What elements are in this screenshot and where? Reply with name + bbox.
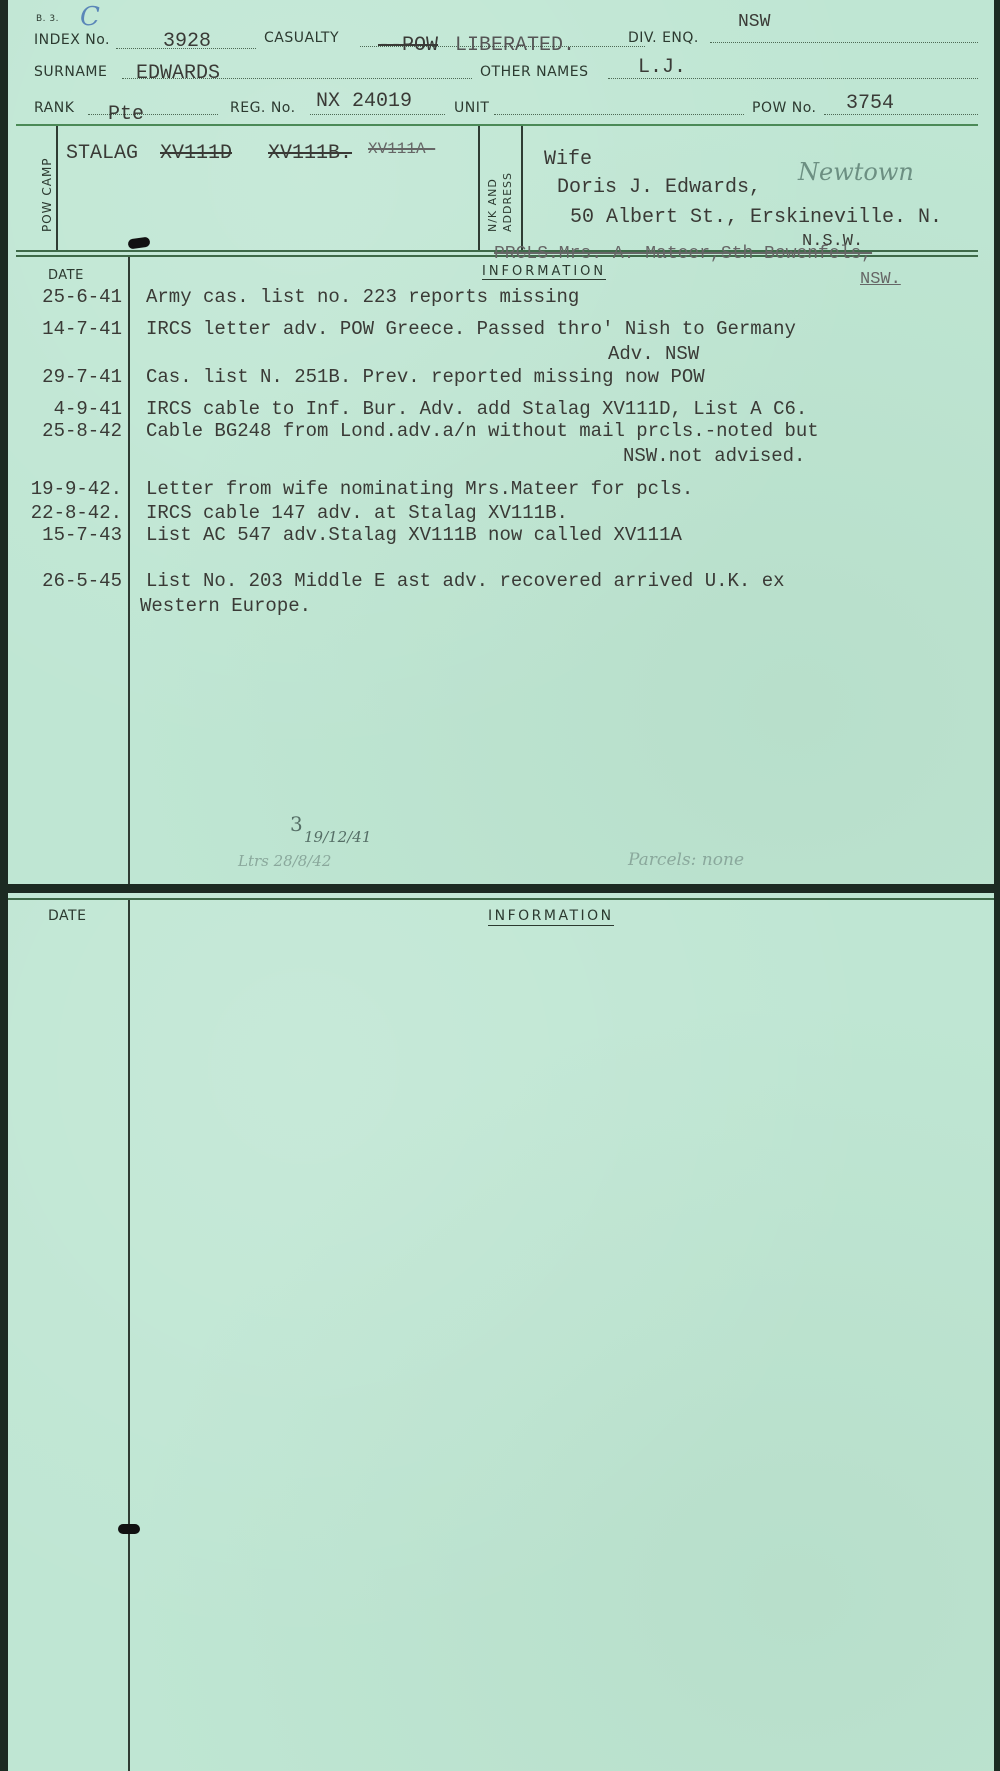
- log-column-divider: [128, 257, 130, 884]
- log-entry-text: Adv. NSW: [608, 343, 699, 365]
- log-entry-date: 22-8-42.: [2, 502, 122, 524]
- index-value: 3928: [163, 30, 211, 53]
- parcels-state: NSW.: [860, 270, 901, 289]
- surname-value: EDWARDS: [136, 62, 220, 85]
- back-top-border: [8, 890, 994, 893]
- handwritten-mark: C: [80, 2, 100, 32]
- log-entry-text: Army cas. list no. 223 reports missing: [146, 286, 579, 308]
- pow-camp-divider: [56, 126, 58, 250]
- log-entry-text: List AC 547 adv.Stalag XV111B now called…: [146, 524, 682, 546]
- pow-camp-label: POW CAMP: [40, 157, 54, 232]
- log-entry-text: Western Europe.: [140, 595, 311, 617]
- punch-hole: [127, 237, 150, 250]
- other-names-value: L.J.: [638, 56, 686, 79]
- note-3: Parcels: none: [628, 850, 744, 870]
- log-entry-date: 25-6-41: [2, 286, 122, 308]
- log-entry-date: 15-7-43: [2, 524, 122, 546]
- header-divider: [16, 124, 978, 126]
- card-back: DATE INFORMATION: [8, 890, 994, 1771]
- note-1-date: 19/12/41: [304, 828, 371, 846]
- back-date-header: DATE: [48, 908, 86, 924]
- unit-dots: [494, 114, 744, 115]
- rank-value: Pte: [108, 103, 144, 126]
- log-entry-text: IRCS letter adv. POW Greece. Passed thro…: [146, 318, 796, 340]
- log-entry-text: NSW.not advised.: [623, 445, 805, 467]
- casualty-value: LIBERATED.: [455, 34, 575, 57]
- casualty-label: CASUALTY: [264, 30, 339, 46]
- log-entry-text: Cas. list N. 251B. Prev. reported missin…: [146, 366, 705, 388]
- note-1-top: 3: [290, 812, 303, 836]
- form-code: B. 3.: [36, 14, 59, 24]
- note-2: Ltrs 28/8/42: [238, 852, 331, 870]
- div-enq-label: DIV. ENQ.: [628, 30, 699, 46]
- nk-name: Doris J. Edwards,: [557, 176, 761, 199]
- log-entry-date: 4-9-41: [2, 398, 122, 420]
- log-entry-date: 19-9-42.: [2, 478, 122, 500]
- log-entry-date: 29-7-41: [2, 366, 122, 388]
- back-column-divider: [128, 900, 130, 1771]
- nk-handwritten-suburb: Newtown: [798, 158, 914, 186]
- log-entry-text: IRCS cable to Inf. Bur. Adv. add Stalag …: [146, 398, 807, 420]
- back-top-rule: [8, 898, 994, 900]
- log-entry-date: 26-5-45: [2, 570, 122, 592]
- pow-no-value: 3754: [846, 92, 894, 115]
- pow-camp-entry-1: XV111D: [160, 142, 232, 165]
- log-entry-text: Cable BG248 from Lond.adv.a/n without ma…: [146, 420, 819, 442]
- nk-relation: Wife: [544, 148, 592, 171]
- pow-camp-entry-3: XV111A-: [368, 140, 435, 158]
- log-entry-date: 14-7-41: [2, 318, 122, 340]
- punch-hole-back: [118, 1524, 140, 1534]
- pow-no-label: POW No.: [752, 100, 817, 116]
- pow-camp-prefix: STALAG: [66, 142, 138, 165]
- div-enq-dots: [710, 42, 978, 43]
- nk-label-2: ADDRESS: [501, 172, 514, 232]
- card-front: C B. 3. INDEX No. 3928 CASUALTY --POW LI…: [8, 0, 994, 884]
- div-enq-value: NSW: [738, 12, 770, 32]
- surname-label: SURNAME: [34, 64, 107, 80]
- reg-no-label: REG. No.: [230, 100, 296, 116]
- reg-no-value: NX 24019: [316, 90, 412, 113]
- other-names-label: OTHER NAMES: [480, 64, 588, 80]
- nk-divider-right: [521, 126, 523, 250]
- parcels-struck: PRCLS.Mrs. A. Mateer,Sth Bowenfels,: [494, 244, 872, 264]
- rank-label: RANK: [34, 100, 74, 116]
- nk-divider-left: [478, 126, 480, 250]
- reg-no-dots: [310, 114, 445, 115]
- log-entry-text: List No. 203 Middle E ast adv. recovered…: [146, 570, 785, 592]
- back-info-header: INFORMATION: [488, 908, 614, 926]
- log-entry-text: Letter from wife nominating Mrs.Mateer f…: [146, 478, 693, 500]
- pow-camp-entry-2: XV111B.: [268, 142, 352, 165]
- index-label: INDEX No.: [34, 32, 110, 48]
- date-header: DATE: [48, 268, 84, 283]
- nk-label-1: N/K AND: [486, 178, 499, 232]
- log-entry-date: 25-8-42: [2, 420, 122, 442]
- casualty-struck: --POW: [378, 34, 438, 57]
- info-header: INFORMATION: [482, 264, 606, 280]
- log-entry-text: IRCS cable 147 adv. at Stalag XV111B.: [146, 502, 568, 524]
- nk-address: 50 Albert St., Erskineville. N.: [570, 206, 942, 229]
- unit-label: UNIT: [454, 100, 489, 116]
